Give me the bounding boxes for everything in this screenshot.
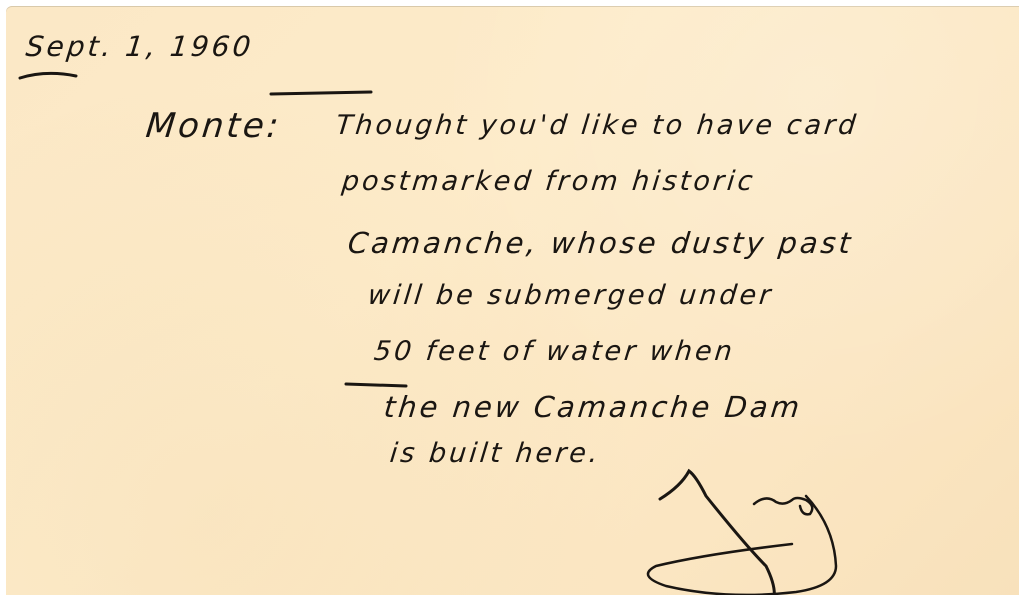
ink-strokes	[6, 6, 1019, 595]
pen-stroke-top	[271, 92, 371, 94]
pen-stroke-the	[346, 384, 406, 386]
signature-mark	[648, 471, 836, 595]
postcard: Sept. 1, 1960 Monte: Thought you'd like …	[6, 6, 1019, 595]
date-flourish	[20, 73, 76, 78]
